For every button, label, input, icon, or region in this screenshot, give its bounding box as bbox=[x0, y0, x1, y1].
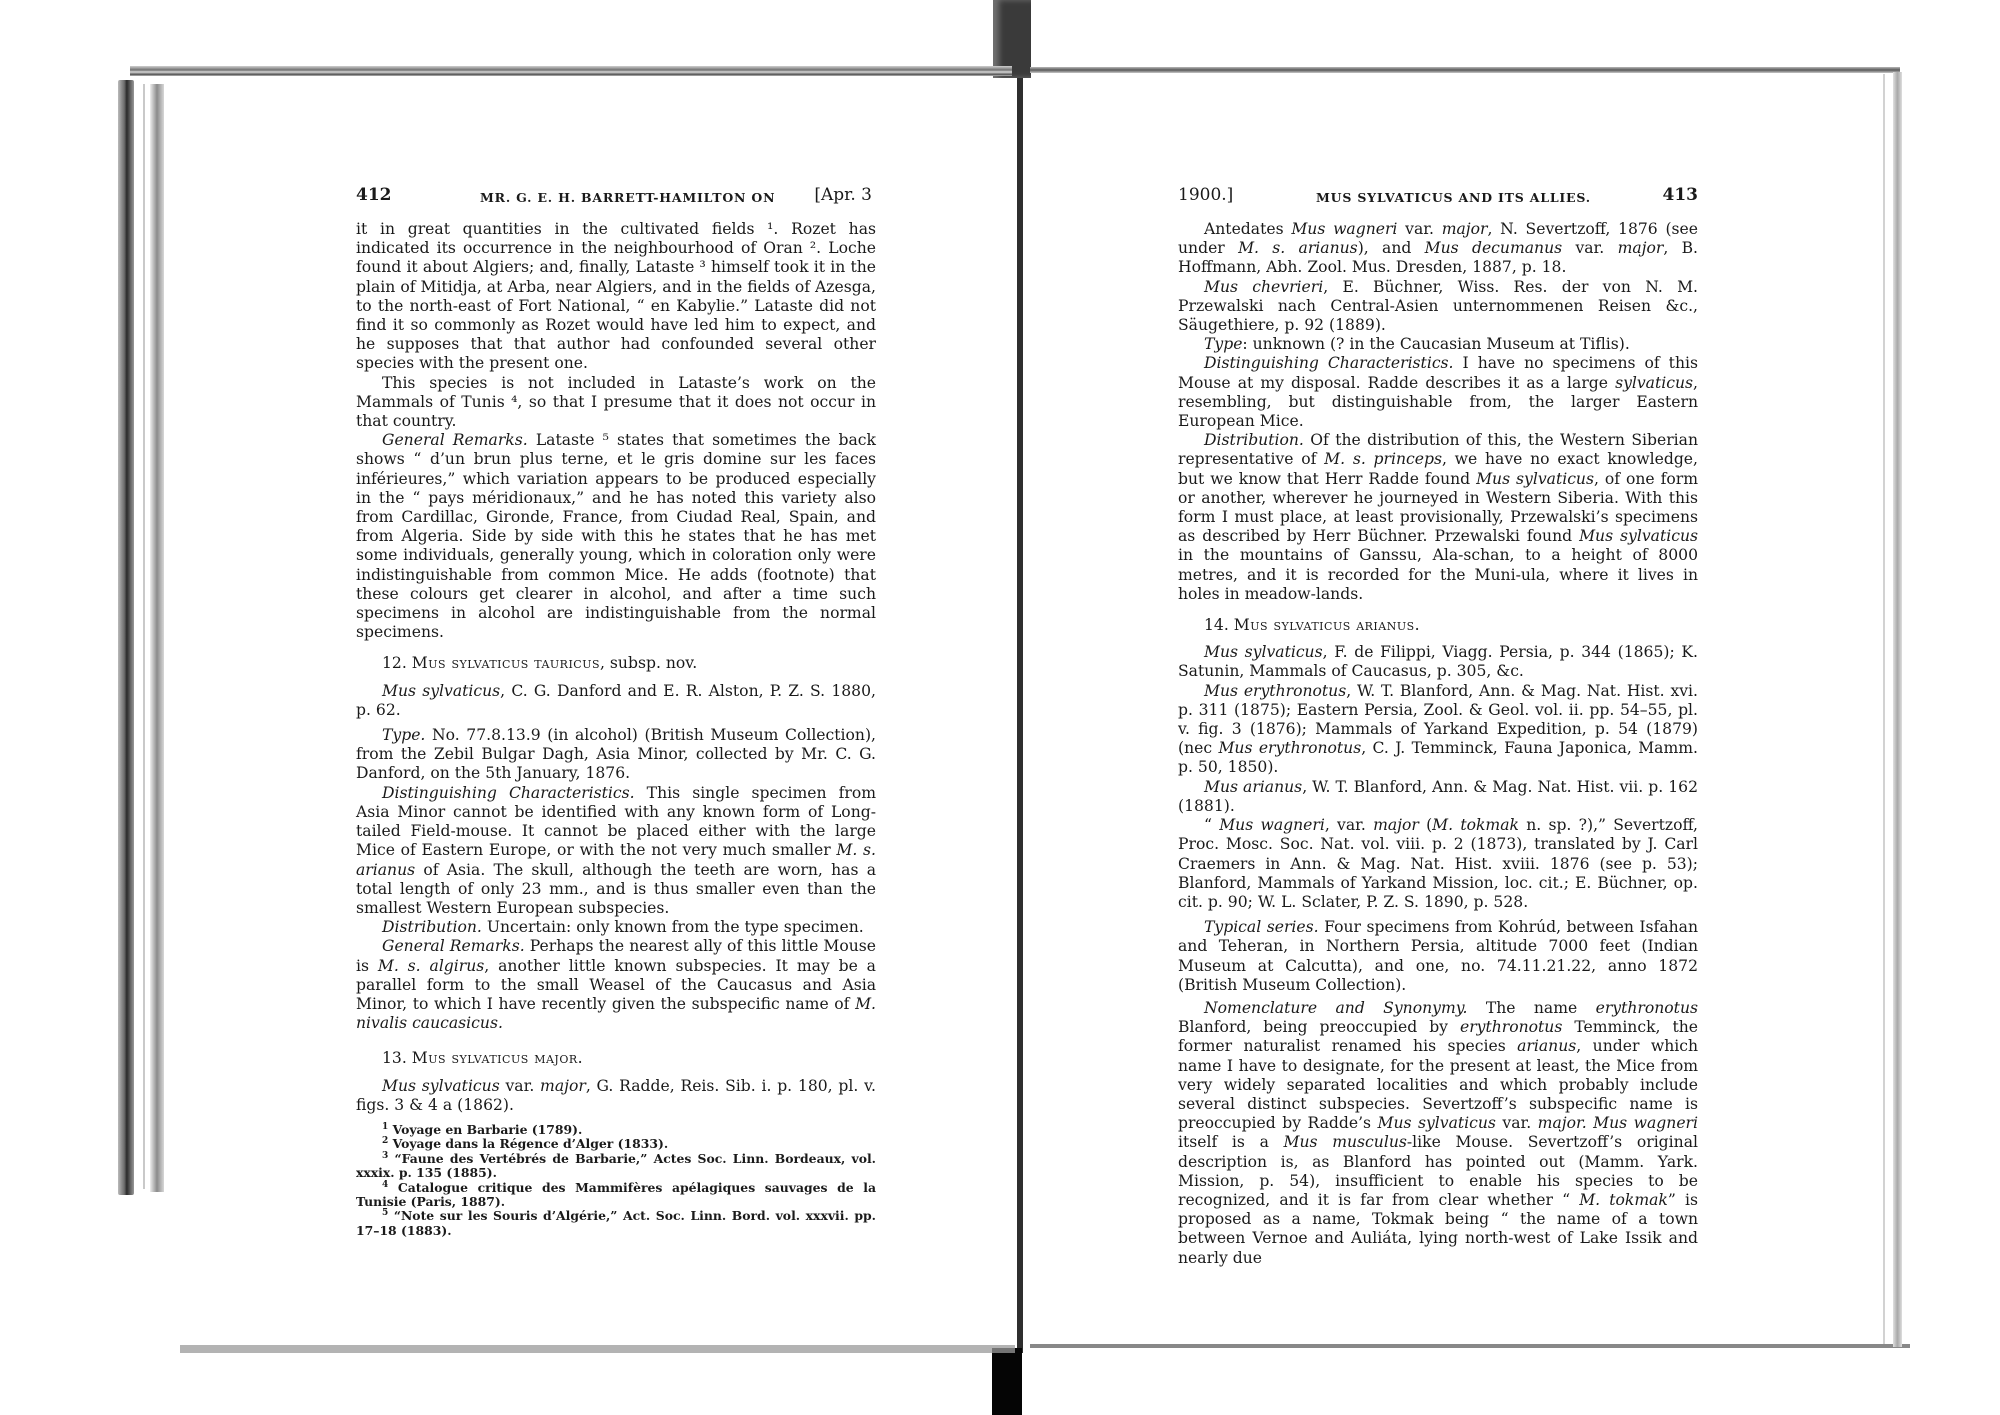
synonym-entry: Mus erythronotus, W. T. Blanford, Ann. &… bbox=[1178, 682, 1698, 778]
synonym-entry: Mus sylvaticus, F. de Filippi, Viagg. Pe… bbox=[1178, 643, 1698, 681]
section-heading-13: 13. Mus sylvaticus major. bbox=[382, 1049, 876, 1068]
paragraph: This species is not included in Lataste’… bbox=[356, 374, 876, 432]
right-page-top-edge bbox=[1030, 67, 1900, 73]
right-page: 1900.] MUS SYLVATICUS AND ITS ALLIES. 41… bbox=[1178, 186, 1698, 1268]
distribution-paragraph: Distribution. Uncertain: only known from… bbox=[356, 918, 876, 937]
remarks-paragraph: General Remarks. Perhaps the nearest all… bbox=[356, 937, 876, 1033]
running-date: [Apr. 3 bbox=[814, 186, 872, 205]
footnote: 2 Voyage dans la Régence d’Alger (1833). bbox=[356, 1137, 876, 1151]
footnote: 4 Catalogue critique des Mammifères apél… bbox=[356, 1181, 876, 1210]
nomenclature-paragraph: Nomenclature and Synonymy. The name eryt… bbox=[1178, 999, 1698, 1268]
characteristics-paragraph: Distinguishing Characteristics. I have n… bbox=[1178, 354, 1698, 431]
paragraph: General Remarks. Lataste ⁵ states that s… bbox=[356, 431, 876, 642]
label: General Remarks. bbox=[382, 431, 528, 449]
left-page-bottom-edge bbox=[180, 1345, 1015, 1353]
characteristics-paragraph: Distinguishing Characteristics. This sin… bbox=[356, 784, 876, 918]
book-gutter bbox=[1017, 78, 1023, 1353]
section-heading-14: 14. Mus sylvaticus arianus. bbox=[1204, 616, 1698, 635]
paragraph: it in great quantities in the cultivated… bbox=[356, 220, 876, 374]
right-page-stack-line bbox=[1883, 74, 1885, 1344]
running-title: MUS SYLVATICUS AND ITS ALLIES. bbox=[1316, 188, 1591, 207]
running-title: MR. G. E. H. BARRETT-HAMILTON ON bbox=[480, 188, 775, 207]
book-spine-bottom bbox=[992, 1348, 1022, 1415]
type-paragraph: Type. No. 77.8.13.9 (in alcohol) (Britis… bbox=[356, 726, 876, 784]
page-number: 412 bbox=[356, 186, 392, 205]
left-cover-edge bbox=[118, 80, 134, 1195]
species-name: Mus sylvaticus tauricus bbox=[412, 654, 600, 672]
typical-series-paragraph: Typical series. Four specimens from Kohr… bbox=[1178, 918, 1698, 995]
left-page: 412 MR. G. E. H. BARRETT-HAMILTON ON [Ap… bbox=[356, 186, 876, 1238]
left-page-stack-edge bbox=[150, 84, 164, 1192]
synonym-entry: “ Mus wagneri, var. major (M. tokmak n. … bbox=[1178, 816, 1698, 912]
running-date: 1900.] bbox=[1178, 186, 1233, 205]
type-paragraph: Type: unknown (? in the Caucasian Museum… bbox=[1178, 335, 1698, 354]
footnote: 3 “Faune des Vertébrés de Barbarie,” Act… bbox=[356, 1152, 876, 1181]
synonym-entry: Mus sylvaticus var. major, G. Radde, Rei… bbox=[356, 1077, 876, 1115]
right-page-bottom-edge bbox=[1030, 1344, 1910, 1348]
distribution-paragraph: Distribution. Of the distribution of thi… bbox=[1178, 431, 1698, 604]
synonym-entry: Mus sylvaticus, C. G. Danford and E. R. … bbox=[356, 682, 876, 720]
footnotes: 1 Voyage en Barbarie (1789). 2 Voyage da… bbox=[356, 1123, 876, 1238]
synonym-entry: Mus arianus, W. T. Blanford, Ann. & Mag.… bbox=[1178, 778, 1698, 816]
species-name: Mus sylvaticus major. bbox=[412, 1049, 583, 1067]
species-name: Mus sylvaticus arianus. bbox=[1234, 616, 1420, 634]
right-running-head: 1900.] MUS SYLVATICUS AND ITS ALLIES. 41… bbox=[1178, 186, 1698, 210]
left-running-head: 412 MR. G. E. H. BARRETT-HAMILTON ON [Ap… bbox=[356, 186, 876, 210]
antedates-paragraph: Antedates Mus wagneri var. major, N. Sev… bbox=[1178, 220, 1698, 278]
left-cover-line bbox=[143, 84, 145, 1189]
synonym-entry: Mus chevrieri, E. Büchner, Wiss. Res. de… bbox=[1178, 278, 1698, 336]
footnote: 1 Voyage en Barbarie (1789). bbox=[356, 1123, 876, 1137]
right-page-stack-edge bbox=[1893, 72, 1902, 1347]
page-number: 413 bbox=[1663, 186, 1699, 205]
footnote: 5 “Note sur les Souris d’Algérie,” Act. … bbox=[356, 1209, 876, 1238]
section-heading-12: 12. Mus sylvaticus tauricus, subsp. nov. bbox=[382, 654, 876, 673]
left-page-top-edge bbox=[130, 66, 1012, 76]
